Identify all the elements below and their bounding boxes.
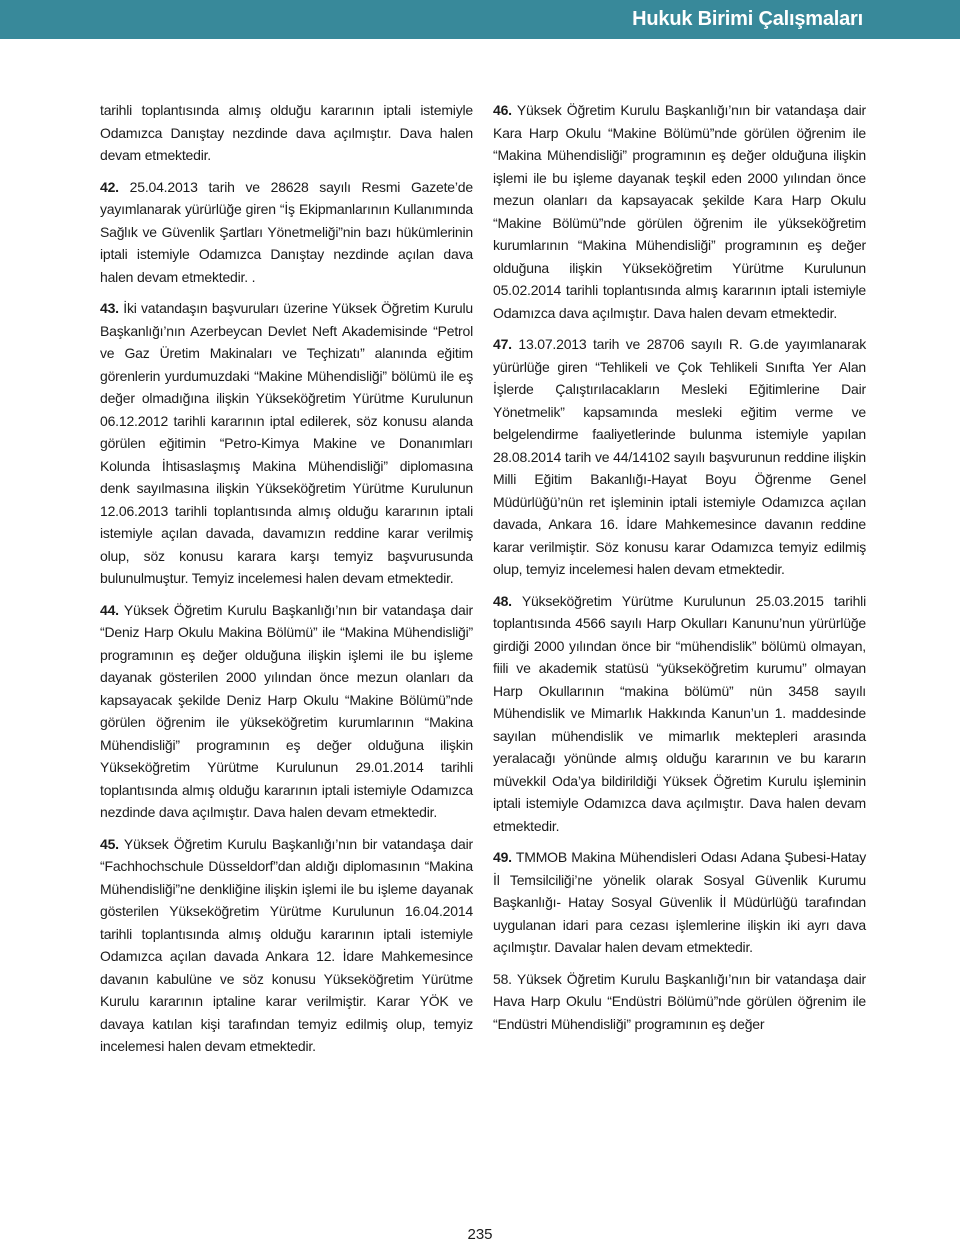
left-column: tarihli toplantısında almış olduğu karar… [100,99,473,1067]
paragraph-number: 46. [493,102,512,118]
paragraph-44: 44. Yüksek Öğretim Kurulu Başkanlığı’nın… [100,599,473,824]
paragraph-text: tarihli toplantısında almış olduğu karar… [100,102,473,163]
paragraph-46: 46. Yüksek Öğretim Kurulu Başkanlığı’nın… [493,99,866,324]
paragraph-number: 47. [493,336,512,352]
paragraph-number: 43. [100,300,119,316]
document-body: tarihli toplantısında almış olduğu karar… [100,99,866,1067]
paragraph-text: İki vatandaşın başvuruları üzerine Yükse… [100,300,473,586]
paragraph-text: Yüksek Öğretim Kurulu Başkanlığı’nın bir… [493,102,866,321]
paragraph-number: 45. [100,836,119,852]
paragraph-text: 25.04.2013 tarih ve 28628 sayılı Resmi G… [100,179,473,285]
paragraph-number: 42. [100,179,119,195]
paragraph-text: 13.07.2013 tarih ve 28706 sayılı R. G.de… [493,336,866,577]
paragraph-number: 44. [100,602,119,618]
page-title: Hukuk Birimi Çalışmaları [632,0,863,39]
paragraph-text: Yüksek Öğretim Kurulu Başkanlığı’nın bir… [493,971,866,1032]
paragraph-number: 58. [493,971,512,987]
right-column: 46. Yüksek Öğretim Kurulu Başkanlığı’nın… [493,99,866,1067]
paragraph-45: 45. Yüksek Öğretim Kurulu Başkanlığı’nın… [100,833,473,1058]
paragraph-48: 48. Yükseköğretim Yürütme Kurulunun 25.0… [493,590,866,838]
paragraph-text: Yükseköğretim Yürütme Kurulunun 25.03.20… [493,593,866,834]
paragraph-continuation: tarihli toplantısında almış olduğu karar… [100,99,473,167]
paragraph-43: 43. İki vatandaşın başvuruları üzerine Y… [100,297,473,590]
paragraph-47: 47. 13.07.2013 tarih ve 28706 sayılı R. … [493,333,866,581]
paragraph-number: 48. [493,593,512,609]
header-banner: Hukuk Birimi Çalışmaları [0,0,960,39]
paragraph-42: 42. 25.04.2013 tarih ve 28628 sayılı Res… [100,176,473,289]
paragraph-text: TMMOB Makina Mühendisleri Odası Adana Şu… [493,849,866,955]
paragraph-text: Yüksek Öğretim Kurulu Başkanlığı’nın bir… [100,836,473,1055]
paragraph-text: Yüksek Öğretim Kurulu Başkanlığı’nın bir… [100,602,473,821]
paragraph-number: 49. [493,849,512,865]
paragraph-49: 49. TMMOB Makina Mühendisleri Odası Adan… [493,846,866,959]
paragraph-58: 58. Yüksek Öğretim Kurulu Başkanlığı’nın… [493,968,866,1036]
page-number: 235 [0,1226,960,1243]
